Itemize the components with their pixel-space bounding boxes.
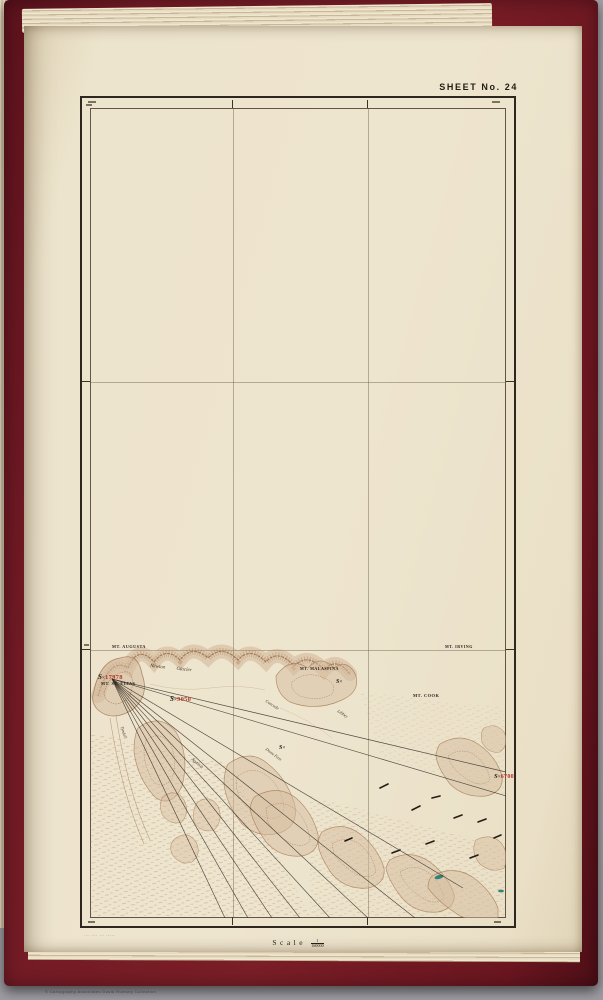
station-malaspina: S×: [336, 670, 342, 688]
elevation-value: 9050: [177, 696, 191, 703]
scale-fraction: 1160000: [311, 939, 324, 949]
station-x-icon: ×: [282, 745, 285, 751]
graticule-horizontal-1: [90, 382, 506, 383]
tick-mark: [506, 381, 514, 382]
graticule-label-mark: [492, 101, 500, 103]
map-neatline: [90, 108, 506, 918]
graticule-horizontal-2: [90, 650, 506, 651]
station-st-elias: S×17978: [98, 666, 123, 684]
station-6700: S×6700: [494, 765, 514, 783]
tick-mark: [506, 649, 514, 650]
scale-word: Scale: [272, 938, 306, 947]
scanned-atlas-page: SHEET No. 24: [0, 0, 603, 1000]
label-mt-malaspina: MT. MALASPINA: [300, 666, 339, 671]
graticule-label-mark: [86, 104, 92, 106]
label-mt-irving: MT. IRVING: [445, 644, 473, 649]
label-mt-cook: MT. COOK: [413, 693, 439, 698]
printer-imprint: ··· ···· ··· ·····: [84, 934, 115, 938]
tick-mark: [82, 649, 90, 650]
station-x-icon: ×: [339, 679, 342, 685]
collection-watermark: © Cartography Associates David Rumsey Co…: [45, 989, 156, 994]
scale-statement: Scale1160000: [80, 932, 516, 950]
graticule-label-mark: [84, 644, 89, 646]
graticule-vertical-2: [368, 108, 369, 918]
tick-mark: [367, 100, 368, 108]
scale-denominator: 160000: [311, 943, 324, 948]
tick-mark: [232, 100, 233, 108]
tick-mark: [367, 917, 368, 925]
station-9050: S×9050: [170, 688, 191, 706]
station-dome-pass: S×: [279, 736, 285, 754]
elevation-value: 6700: [501, 774, 514, 780]
elevation-value: 17978: [105, 674, 123, 681]
sheet-number-title: SHEET No. 24: [398, 82, 518, 92]
tick-mark: [82, 381, 90, 382]
graticule-vertical-1: [233, 108, 234, 918]
graticule-label-mark: [88, 101, 96, 103]
graticule-label-mark: [494, 921, 501, 923]
label-mt-augusta: MT. AUGUSTA: [112, 644, 146, 649]
graticule-label-mark: [88, 921, 95, 923]
tick-mark: [232, 917, 233, 925]
